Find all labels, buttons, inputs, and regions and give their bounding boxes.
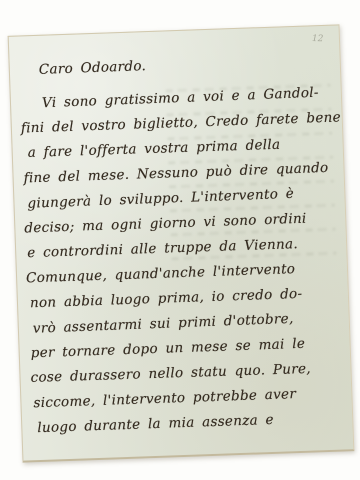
scan-background: 12 Caro Odoardo. Vi sono gratissimo a vo… bbox=[0, 0, 360, 480]
letter-salutation: Caro Odoardo. bbox=[38, 48, 335, 83]
pencil-folio-number: 12 bbox=[311, 34, 323, 44]
handwritten-letter-body: Caro Odoardo. Vi sono gratissimo a voi e… bbox=[16, 48, 347, 442]
letter-page: 12 Caro Odoardo. Vi sono gratissimo a vo… bbox=[8, 24, 355, 462]
